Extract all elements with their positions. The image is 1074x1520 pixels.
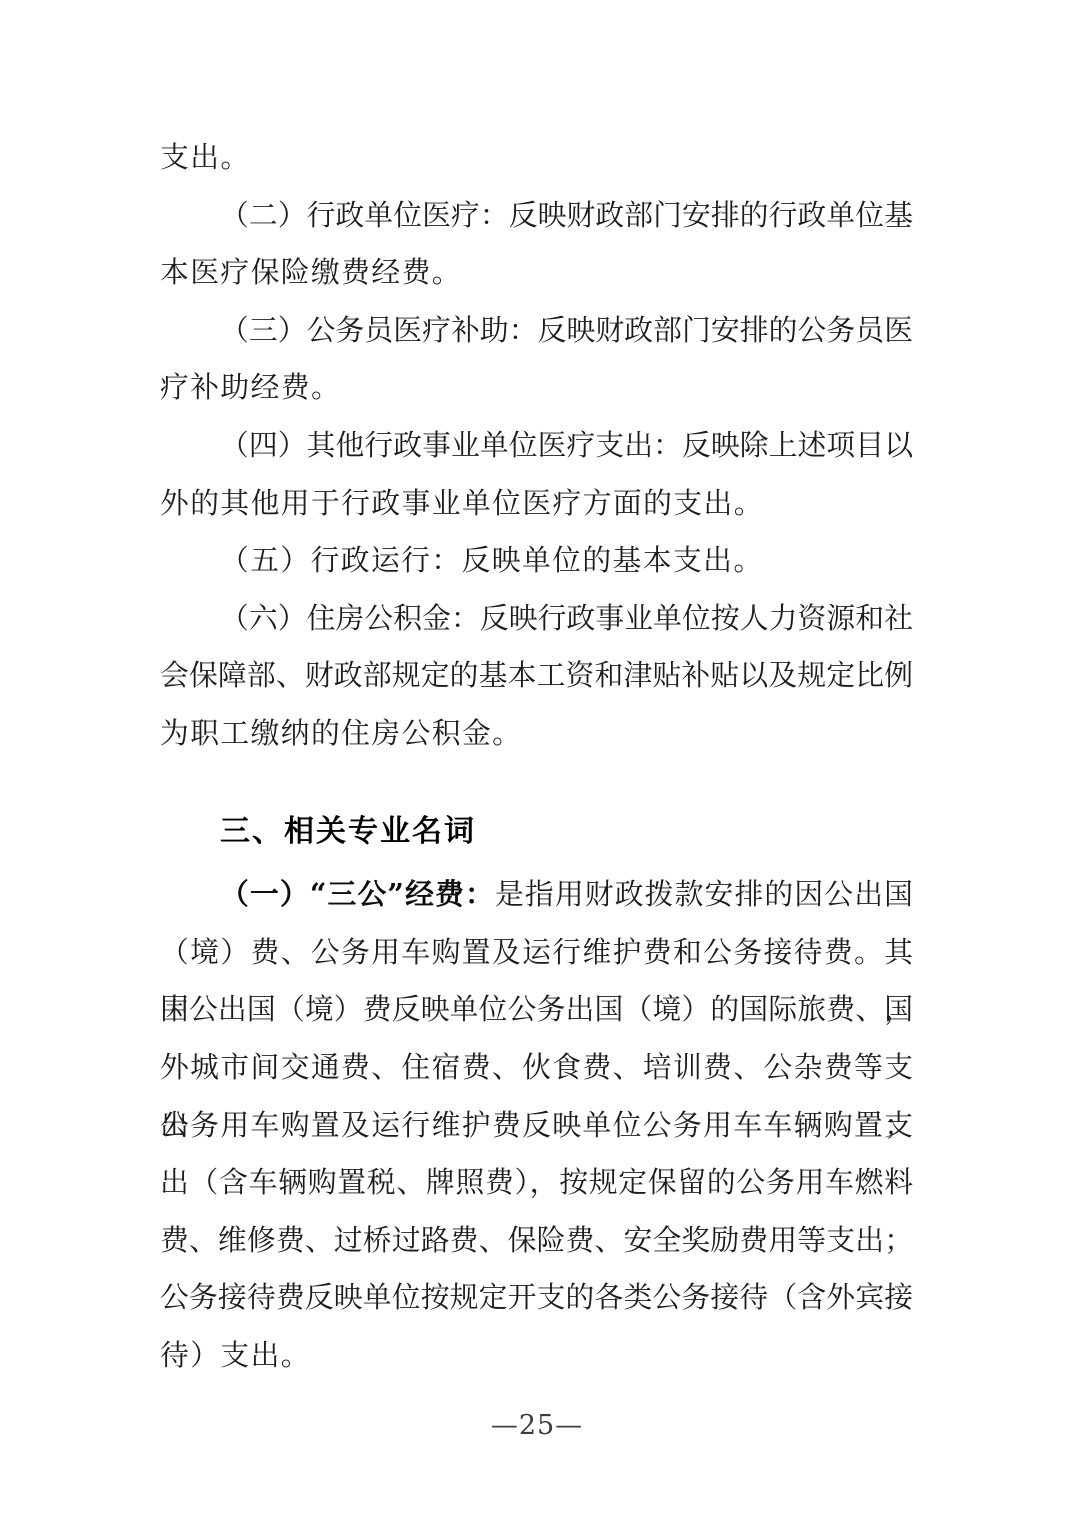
text-line: 费、维修费、过桥过路费、保险费、安全奖励费用等支出； bbox=[160, 1212, 913, 1270]
text-segment: （六）住房公积金：反映行政事业单位按人力资源和社 bbox=[220, 601, 913, 635]
text-line: 公务接待费反映单位按规定开支的各类公务接待（含外宾接 bbox=[160, 1269, 913, 1327]
text-line: 外城市间交通费、住宿费、伙食费、培训费、公杂费等支出； bbox=[160, 1039, 913, 1097]
text-segment: 支出。 bbox=[160, 140, 251, 174]
text-line: （三）公务员医疗补助：反映财政部门安排的公务员医 bbox=[160, 302, 913, 360]
document-body: 支出。（二）行政单位医疗：反映财政部门安排的行政单位基本医疗保险缴费经费。（三）… bbox=[160, 129, 913, 1384]
text-line: （一）“三公”经费：是指用财政拨款安排的因公出国 bbox=[160, 866, 913, 924]
text-segment: 费、维修费、过桥过路费、保险费、安全奖励费用等支出； bbox=[160, 1223, 913, 1257]
text-segment: （二）行政单位医疗：反映财政部门安排的行政单位基 bbox=[220, 198, 913, 232]
text-segment: 因公出国（境）费反映单位公务出国（境）的国际旅费、国 bbox=[160, 992, 913, 1026]
text-segment: 本医疗保险缴费经费。 bbox=[160, 255, 462, 289]
text-line: 公务用车购置及运行维护费反映单位公务用车车辆购置支 bbox=[160, 1097, 913, 1155]
text-segment: 外的其他用于行政事业单位医疗方面的支出。 bbox=[160, 486, 764, 520]
text-line: （四）其他行政事业单位医疗支出：反映除上述项目以 bbox=[160, 417, 913, 475]
text-segment: （五）行政运行：反映单位的基本支出。 bbox=[220, 543, 764, 577]
text-segment: 公务用车购置及运行维护费反映单位公务用车车辆购置支 bbox=[160, 1108, 913, 1142]
text-segment: 会保障部、财政部规定的基本工资和津贴补贴以及规定比例 bbox=[160, 658, 913, 692]
text-segment: 出（含车辆购置税、牌照费），按规定保留的公务用车燃料 bbox=[160, 1165, 913, 1199]
text-segment: 为职工缴纳的住房公积金。 bbox=[160, 716, 522, 750]
text-line: 待）支出。 bbox=[160, 1327, 913, 1385]
text-line: 支出。 bbox=[160, 129, 913, 187]
text-line: （六）住房公积金：反映行政事业单位按人力资源和社 bbox=[160, 590, 913, 648]
text-segment: 是指用财政拨款安排的因公出国 bbox=[495, 877, 913, 911]
text-line: （二）行政单位医疗：反映财政部门安排的行政单位基 bbox=[160, 187, 913, 245]
text-segment: （三）公务员医疗补助：反映财政部门安排的公务员医 bbox=[220, 313, 913, 347]
text-line: 本医疗保险缴费经费。 bbox=[160, 244, 913, 302]
text-line: （五）行政运行：反映单位的基本支出。 bbox=[160, 532, 913, 590]
page-number: —25— bbox=[0, 1400, 1074, 1452]
text-line: （境）费、公务用车购置及运行维护费和公务接待费。其中， bbox=[160, 924, 913, 982]
section-heading: 三、相关专业名词 bbox=[160, 803, 913, 861]
text-segment: 公务接待费反映单位按规定开支的各类公务接待（含外宾接 bbox=[160, 1280, 913, 1314]
text-line: 出（含车辆购置税、牌照费），按规定保留的公务用车燃料 bbox=[160, 1154, 913, 1212]
text-line: 为职工缴纳的住房公积金。 bbox=[160, 705, 913, 763]
text-segment: （四）其他行政事业单位医疗支出：反映除上述项目以 bbox=[220, 428, 913, 462]
text-line: 会保障部、财政部规定的基本工资和津贴补贴以及规定比例 bbox=[160, 647, 913, 705]
text-segment: 待）支出。 bbox=[160, 1338, 311, 1372]
text-line: 疗补助经费。 bbox=[160, 359, 913, 417]
bold-term: （一）“三公”经费： bbox=[220, 877, 495, 911]
text-line: 外的其他用于行政事业单位医疗方面的支出。 bbox=[160, 475, 913, 533]
text-line: 因公出国（境）费反映单位公务出国（境）的国际旅费、国 bbox=[160, 981, 913, 1039]
document-page: 支出。（二）行政单位医疗：反映财政部门安排的行政单位基本医疗保险缴费经费。（三）… bbox=[0, 0, 1074, 1520]
text-segment: 疗补助经费。 bbox=[160, 370, 341, 404]
